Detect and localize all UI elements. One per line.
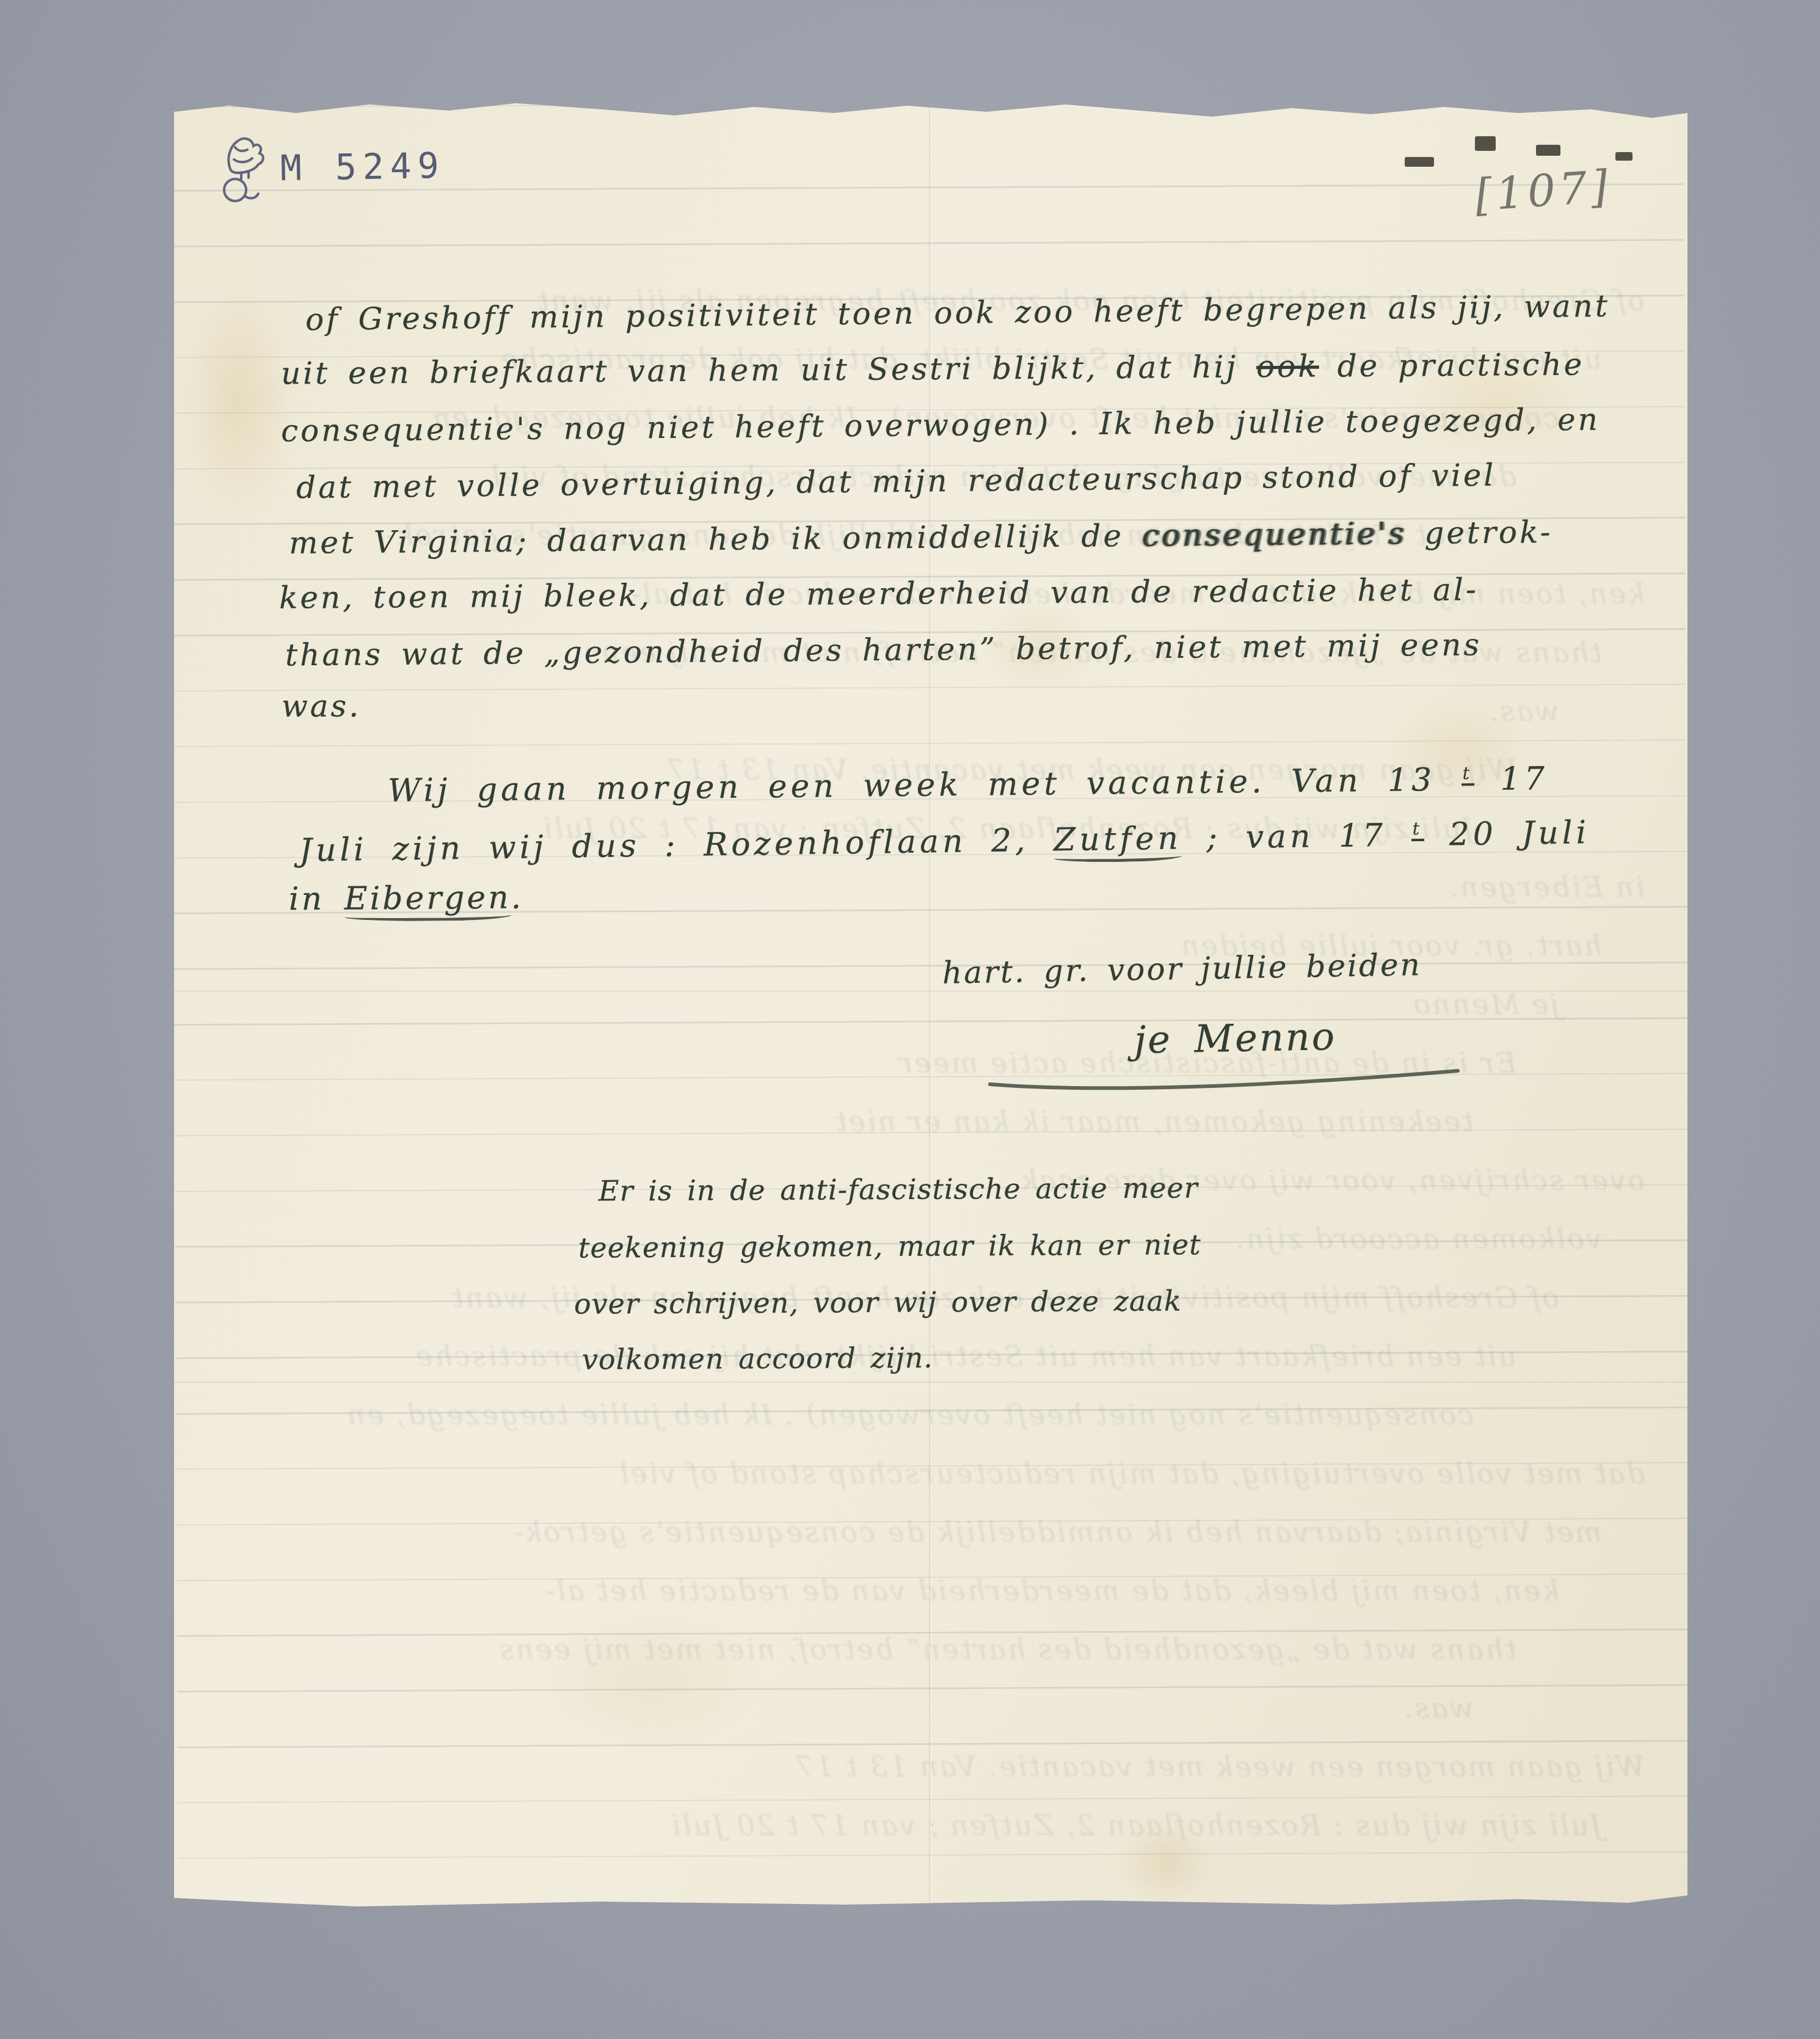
handwritten-text: getrok-	[1406, 514, 1552, 551]
handwritten-text: .	[511, 880, 524, 916]
handwritten-line-body: dat met volle overtuiging, dat mijn reda…	[296, 458, 1496, 506]
handwritten-text: Eibergen	[344, 880, 511, 922]
handwritten-text: was.	[282, 688, 361, 724]
handwritten-line-closing: hart. gr. voor jullie beiden	[942, 947, 1422, 991]
handwritten-text: volkomen accoord zijn.	[582, 1341, 933, 1376]
handwritten-text: Juli zijn wij dus : Rozenhoflaan 2,	[299, 822, 1054, 869]
handwritten-line-postscript: volkomen accoord zijn.	[582, 1341, 933, 1376]
handwritten-line-body: in Eibergen.	[289, 880, 524, 918]
handwritten-text: ook	[1256, 349, 1319, 385]
handwritten-line-signature: je Menno	[1134, 1014, 1336, 1062]
handwritten-text: in	[289, 881, 344, 918]
handwritten-text: Wij gaan morgen een week met vacantie. V…	[388, 762, 1461, 809]
handwritten-text: met Virginia; daarvan heb ik onmiddellij…	[289, 518, 1142, 561]
photo-background: of Greshoff mijn positiviteit toen ook z…	[0, 0, 1820, 2039]
handwriting-layer: of Greshoff mijn positiviteit toen ook z…	[174, 101, 1687, 1908]
handwritten-text: dat met volle overtuiging, dat mijn reda…	[296, 458, 1496, 506]
handwritten-text: 17	[1474, 761, 1548, 798]
handwritten-line-body: Juli zijn wij dus : Rozenhoflaan 2, Zutf…	[299, 814, 1590, 869]
handwritten-text: Zutfen	[1054, 820, 1182, 863]
handwritten-text: hart. gr. voor jullie beiden	[942, 947, 1422, 991]
handwritten-line-body: consequentie's nog niet heeft overwogen)…	[281, 402, 1600, 449]
handwritten-text: of Greshoff mijn positiviteit toen ook z…	[305, 288, 1610, 337]
handwritten-line-body: ken, toen mij bleek, dat de meerderheid …	[279, 572, 1479, 616]
handwritten-text: 20 Juli	[1424, 814, 1590, 853]
handwritten-text: ken, toen mij bleek, dat de meerderheid …	[279, 572, 1479, 616]
handwritten-text: de practische	[1319, 347, 1584, 384]
handwritten-text: t	[1411, 818, 1424, 841]
handwritten-text: je Menno	[1134, 1014, 1336, 1062]
handwritten-text: t	[1461, 762, 1474, 786]
handwritten-line-postscript: teekening gekomen, maar ik kan er niet	[578, 1228, 1201, 1264]
handwritten-text: consequentie's nog niet heeft overwogen)…	[281, 402, 1600, 449]
handwritten-line-body: uit een briefkaart van hem uit Sestri bl…	[281, 347, 1585, 392]
letter-sheet: of Greshoff mijn positiviteit toen ook z…	[174, 101, 1687, 1908]
handwritten-line-body: was.	[282, 688, 361, 724]
handwritten-line-body: Wij gaan morgen een week met vacantie. V…	[388, 761, 1548, 809]
handwritten-text: over schrijven, voor wij over deze zaak	[574, 1284, 1182, 1320]
handwritten-text: teekening gekomen, maar ik kan er niet	[578, 1228, 1201, 1264]
handwritten-line-body: thans wat de „gezondheid des harten” bet…	[285, 627, 1482, 673]
handwritten-line-body: of Greshoff mijn positiviteit toen ook z…	[305, 288, 1610, 337]
handwritten-text: ; van 17	[1182, 817, 1411, 856]
handwritten-text: uit een briefkaart van hem uit Sestri bl…	[281, 349, 1257, 391]
handwritten-line-body: met Virginia; daarvan heb ik onmiddellij…	[289, 514, 1553, 561]
handwritten-text: Er is in de anti-fascistische actie meer	[599, 1171, 1198, 1207]
handwritten-line-postscript: Er is in de anti-fascistische actie meer	[599, 1171, 1198, 1207]
handwritten-line-postscript: over schrijven, voor wij over deze zaak	[574, 1284, 1182, 1320]
handwritten-text: thans wat de „gezondheid des harten” bet…	[285, 627, 1482, 673]
handwritten-text: consequentie's	[1142, 516, 1407, 553]
